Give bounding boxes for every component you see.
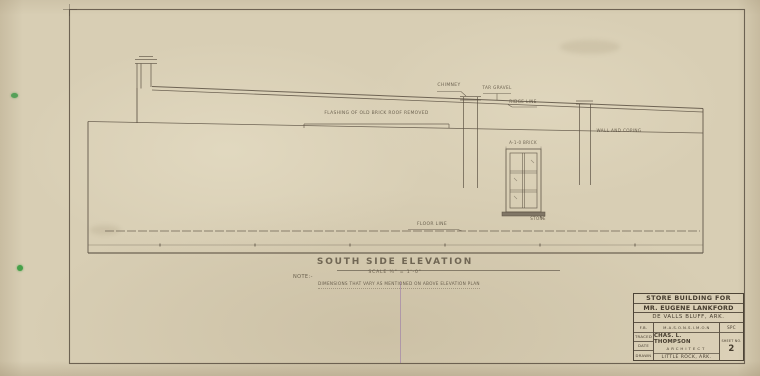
wall-coping-label: WALL AND COPING [594,129,644,134]
spec-label: SPC [720,323,743,333]
chimney-label: CHIMNEY [431,84,467,89]
ridge-line-label: RIDGE LINE [506,100,540,105]
sheet-number-cell: SHEET NO. 2 [720,333,743,361]
flashing-note-label: FLASHING OF OLD BRICK ROOF REMOVED [304,112,449,117]
drawn-label: DRAWN [634,351,653,360]
note-text: DIMENSIONS THAT VARY AS MENTIONED ON ABO… [318,282,480,289]
drawing-title: SOUTH SIDE ELEVATION [285,258,505,268]
sheet-number-value: 2 [728,344,734,354]
title-block-left-column: F.B. TRACED DATE DRAWN [634,323,654,361]
project-location: DE VALLS BLUFF, ARK. [634,313,743,323]
field-book-value: M.A.S.O.N.S.I.M.O.N [654,323,719,333]
title-block-middle-column: M.A.S.O.N.S.I.M.O.N CHAS. L. THOMPSON AR… [654,323,720,361]
traced-label: TRACED [634,333,653,342]
note-heading: NOTE:- [293,275,313,281]
project-name-line2: MR. EUGENE LANKFORD [634,304,743,314]
date-label: DATE [634,342,653,351]
floor-line-label: FLOOR LINE [406,223,458,228]
architect-name: CHAS. L. THOMPSON [654,333,719,345]
title-block-table: F.B. TRACED DATE DRAWN M.A.S.O.N.S.I.M.O… [634,323,743,361]
title-block-right-column: SPC SHEET NO. 2 [720,323,743,361]
title-block: STORE BUILDING FOR MR. EUGENE LANKFORD D… [633,293,744,361]
field-book-label: F.B. [634,323,653,333]
drawing-scale: SCALE ¼" = 1'-0" [335,270,455,275]
stone-sill-label: STONE [522,217,554,221]
blueprint-sheet: CHIMNEY TAR GRAVEL RIDGE LINE FLASHING O… [0,0,760,376]
architect-city: LITTLE ROCK, ARK. [654,353,719,361]
architect-title: ARCHITECT [667,346,707,351]
project-name-line1: STORE BUILDING FOR [634,294,743,304]
sheet-number-label: SHEET NO. [721,339,741,343]
window-head-label: A-1-0 BRICK [503,141,543,145]
architect-stamp: CHAS. L. THOMPSON ARCHITECT LITTLE ROCK,… [654,333,719,361]
tar-gravel-label: TAR GRAVEL [480,86,514,91]
